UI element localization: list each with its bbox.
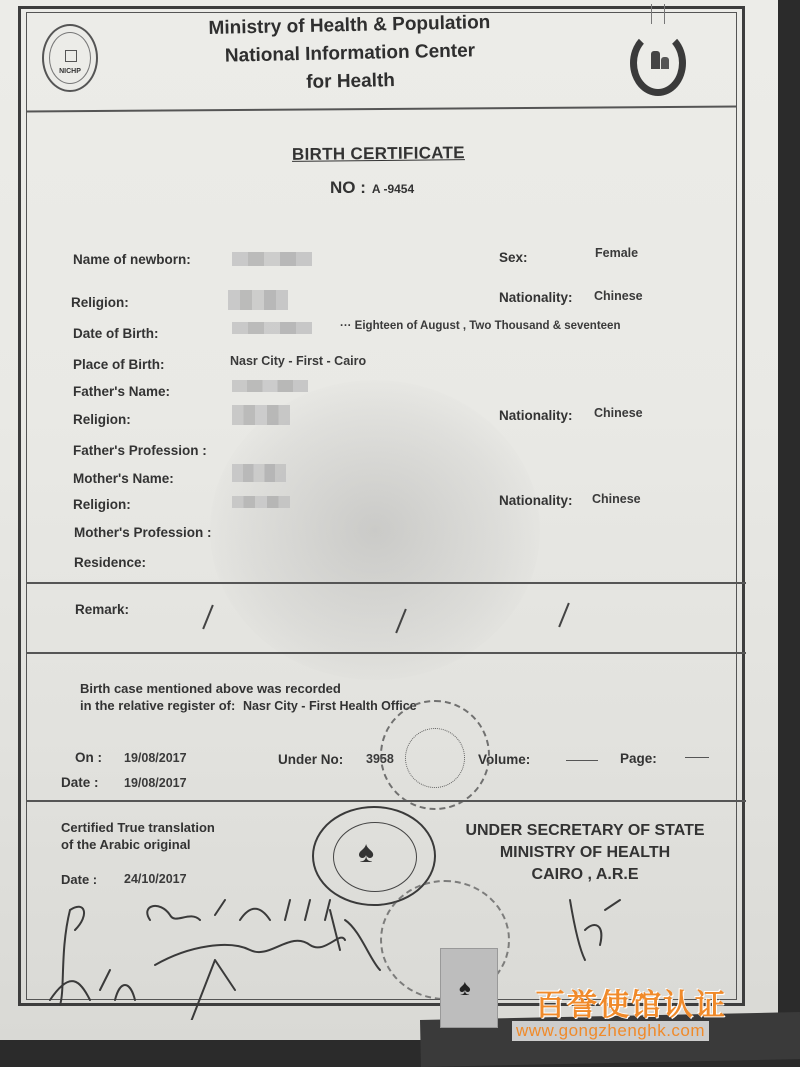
father-nationality-value: Chinese — [594, 406, 643, 420]
residence-label: Residence: — [74, 555, 146, 570]
eagle-crest-icon — [651, 4, 665, 24]
ministry-seal-inner-ring — [333, 822, 417, 892]
certified-date-value: 24/10/2017 — [124, 872, 187, 886]
seal-text: NICHP — [44, 68, 96, 75]
section-divider — [26, 652, 746, 654]
certificate-number-value: A -9454 — [372, 182, 414, 196]
eagle-emblem-icon: ♠ — [358, 838, 374, 868]
date-of-birth-in-words: ··· Eighteen of August , Two Thousand & … — [340, 320, 620, 332]
watermark-url: www.gongzhenghk.com — [512, 1021, 709, 1041]
redacted-fathers-name — [232, 380, 308, 392]
mother-religion-label: Religion: — [73, 497, 131, 512]
page-blank — [685, 757, 709, 758]
authority-block: UNDER SECRETARY OF STATE MINISTRY OF HEA… — [440, 820, 730, 886]
revenue-stamp: ♠ — [440, 948, 498, 1028]
place-of-birth-value: Nasr City - First - Cairo — [230, 354, 366, 368]
registration-line-1: Birth case mentioned above was recorded — [80, 681, 341, 696]
fathers-name-label: Father's Name: — [73, 384, 170, 399]
certified-line-1: Certified True translation — [61, 820, 215, 835]
father-nationality-label: Nationality: — [499, 408, 573, 423]
section-divider — [26, 800, 746, 802]
religion-label: Religion: — [71, 295, 129, 310]
seal-book-emblem — [65, 50, 77, 62]
volume-blank — [566, 760, 598, 761]
register-office-value: Nasr City - First Health Office — [243, 699, 417, 713]
registration-stamp-inner — [405, 728, 465, 788]
date-value: 19/08/2017 — [124, 776, 187, 790]
mother-nationality-value: Chinese — [592, 492, 641, 506]
mothers-name-label: Mother's Name: — [73, 471, 174, 486]
page-label: Page: — [620, 751, 657, 766]
family-figure-icon — [651, 51, 660, 69]
on-label: On : — [75, 750, 102, 765]
fathers-profession-label: Father's Profession : — [73, 443, 207, 458]
remark-label: Remark: — [75, 602, 129, 617]
issuer-header: Ministry of Health & Population National… — [179, 8, 521, 99]
section-divider — [26, 582, 746, 584]
family-figure-icon — [661, 57, 669, 69]
name-of-newborn-label: Name of newborn: — [73, 252, 191, 267]
date-label: Date : — [61, 775, 99, 790]
registration-line-2: in the relative register of: Nasr City -… — [80, 698, 417, 713]
nationality-value: Chinese — [594, 289, 643, 303]
redacted-religion — [228, 290, 288, 310]
sex-label: Sex: — [499, 250, 528, 265]
authority-line-1: UNDER SECRETARY OF STATE — [440, 820, 730, 842]
redacted-mother-religion — [232, 496, 290, 508]
redacted-newborn-name — [232, 252, 312, 266]
place-of-birth-label: Place of Birth: — [73, 357, 165, 372]
ministry-of-health-crescent-logo-icon — [630, 30, 686, 96]
redacted-date-of-birth — [232, 322, 312, 334]
nichp-seal-icon: NICHP — [42, 24, 98, 92]
redacted-father-religion — [232, 405, 290, 425]
date-of-birth-label: Date of Birth: — [73, 326, 159, 341]
authority-line-3: CAIRO , A.R.E — [440, 864, 730, 886]
certificate-number-label: NO : — [330, 178, 366, 197]
on-value: 19/08/2017 — [124, 751, 187, 765]
father-religion-label: Religion: — [73, 412, 131, 427]
nationality-label: Nationality: — [499, 290, 573, 305]
redacted-mothers-name — [232, 464, 286, 482]
certified-date-label: Date : — [61, 872, 97, 887]
sex-value: Female — [595, 246, 638, 260]
certified-line-2: of the Arabic original — [61, 837, 191, 852]
certificate-number: NO :A -9454 — [330, 178, 414, 198]
watermark-chinese-text: 百誉使馆认证 — [535, 980, 727, 1024]
eagle-emblem-icon: ♠ — [459, 975, 471, 1001]
authority-line-2: MINISTRY OF HEALTH — [440, 842, 730, 864]
under-no-label: Under No: — [278, 752, 343, 767]
mothers-profession-label: Mother's Profession : — [74, 525, 211, 540]
register-label: in the relative register of: — [80, 698, 235, 713]
document-title: BIRTH CERTIFICATE — [292, 143, 465, 165]
mother-nationality-label: Nationality: — [499, 493, 573, 508]
